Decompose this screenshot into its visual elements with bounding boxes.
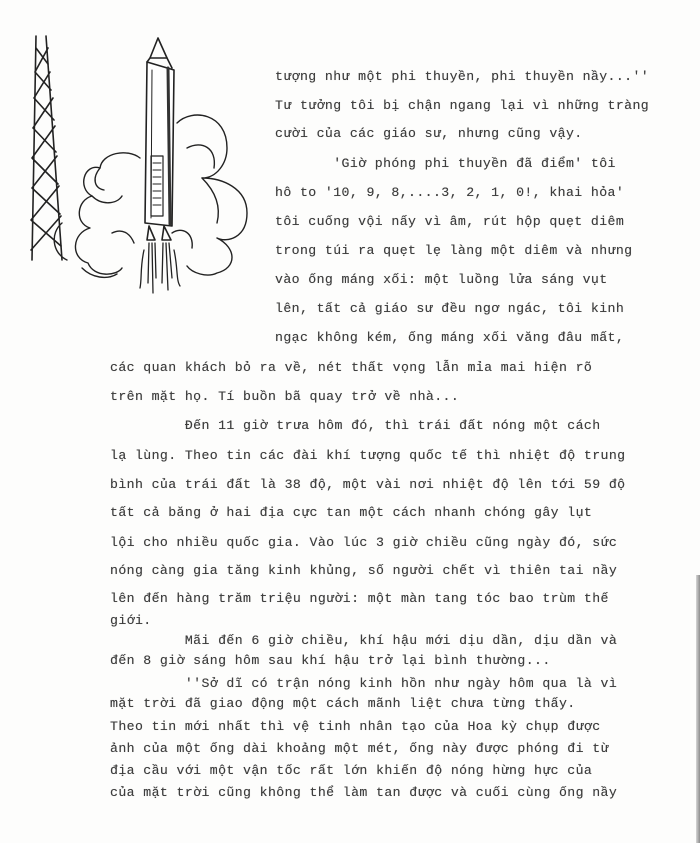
text-line: trên mặt họ. Tí buồn bã quay trở về nhà.… bbox=[110, 390, 459, 403]
text-line: địa cầu với một vận tốc rất lớn khiến độ… bbox=[110, 764, 592, 777]
text-line: trong túi ra quẹt lẹ làng một diêm và nh… bbox=[275, 244, 633, 257]
text-line: lên đến hàng trăm triệu người: một màn t… bbox=[110, 592, 609, 605]
text-line: Đến 11 giờ trưa hôm đó, thì trái đất nón… bbox=[110, 419, 601, 432]
text-line: hô to '10, 9, 8,....3, 2, 1, 0!, khai hỏ… bbox=[275, 186, 624, 199]
text-line: ''Sở dĩ có trận nóng kinh hồn như ngày h… bbox=[110, 677, 617, 690]
text-line: Theo tin mới nhất thì vệ tinh nhân tạo c… bbox=[110, 720, 601, 733]
text-line: ngạc không kém, ống máng xối văng đâu mấ… bbox=[275, 331, 624, 344]
text-line: Mãi đến 6 giờ chiều, khí hậu mới dịu dần… bbox=[110, 634, 617, 647]
text-line: đến 8 giờ sáng hôm sau khí hậu trở lại b… bbox=[110, 654, 551, 667]
text-line: tượng như một phi thuyền, phi thuyền nầy… bbox=[275, 70, 649, 83]
text-line: Tư tưởng tôi bị chận ngang lại vì những … bbox=[275, 99, 649, 112]
rocket-icon bbox=[145, 38, 174, 240]
text-line: lội cho nhiều quốc gia. Vào lúc 3 giờ ch… bbox=[110, 536, 617, 549]
text-line: tất cả băng ở hai địa cực tan một cách n… bbox=[110, 506, 592, 519]
text-line: cười của các giáo sư, nhưng cũng vậy. bbox=[275, 127, 583, 140]
text-line: vào ống máng xối: một luồng lửa sáng vụt bbox=[275, 273, 608, 286]
page-edge-shadow bbox=[696, 575, 700, 843]
text-line: 'Giờ phóng phi thuyền đã điểm' tôi bbox=[275, 157, 616, 170]
text-line: mặt trời đã giao động một cách mãnh liệt… bbox=[110, 697, 576, 710]
text-line: lạ lùng. Theo tin các đài khí tượng quốc… bbox=[110, 449, 625, 462]
exhaust-flame-icon bbox=[140, 243, 180, 293]
rocket-launch-illustration bbox=[22, 28, 272, 298]
text-line: của mặt trời cũng không thể làm tan được… bbox=[110, 786, 617, 799]
text-line: tôi cuống vội nấy vì âm, rút hộp quẹt di… bbox=[275, 215, 624, 228]
scanned-page: tượng như một phi thuyền, phi thuyền nầy… bbox=[0, 0, 700, 843]
text-line: lên, tất cả giáo sư đều ngơ ngác, tôi ki… bbox=[275, 302, 624, 315]
text-line: bình của trái đất là 38 độ, một vài nơi … bbox=[110, 478, 625, 491]
text-line: giới. bbox=[110, 614, 152, 627]
text-line: các quan khách bỏ ra về, nét thất vọng l… bbox=[110, 361, 592, 374]
text-line: nóng càng gia tăng kinh khủng, số người … bbox=[110, 564, 617, 577]
launch-tower-icon bbox=[31, 36, 62, 260]
text-line: ảnh của một ống dài khoảng một mét, ống … bbox=[110, 742, 609, 755]
